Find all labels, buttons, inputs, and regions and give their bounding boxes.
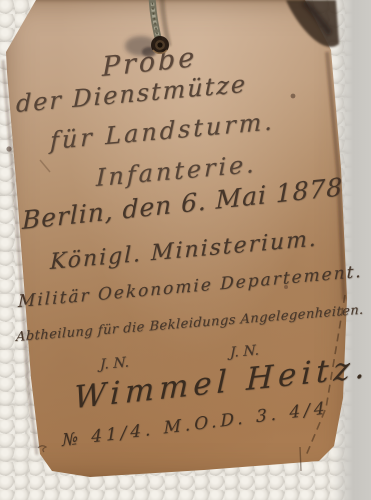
photo: Probe der Dienstmütze für Landsturm. Inf… — [0, 0, 371, 500]
initials-right: J. N. — [230, 342, 259, 361]
initials-left: J. N. — [100, 354, 129, 373]
